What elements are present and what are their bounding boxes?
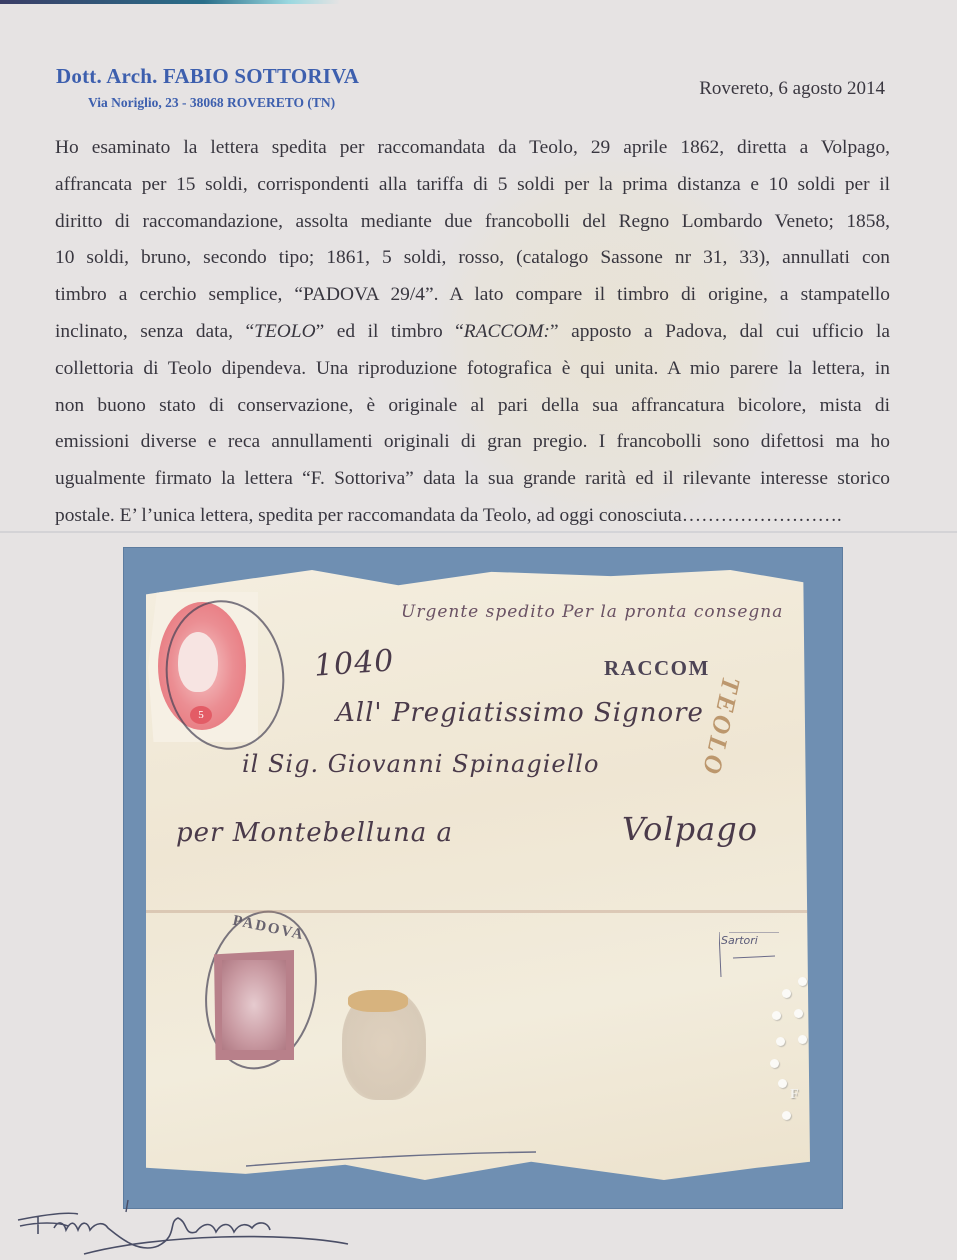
handwriting-destination: Volpago bbox=[622, 810, 758, 848]
wax-seal-remnant bbox=[342, 990, 426, 1100]
body-line: emissioni diverse e reca annullamenti or… bbox=[55, 424, 890, 461]
handwriting-addressee-1: All' Pregiatissimo Signore bbox=[336, 698, 704, 728]
body-line: non buono stato di conservazione, è orig… bbox=[55, 388, 890, 425]
raccom-postmark: RACCOM bbox=[604, 656, 710, 681]
handwriting-addressee-2: il Sig. Giovanni Spinagiello bbox=[242, 750, 599, 778]
letterhead-name: Dott. Arch. FABIO SOTTORIVA bbox=[56, 64, 359, 89]
body-line: affrancata per 15 soldi, corrispondenti … bbox=[55, 167, 890, 204]
scan-edge bbox=[0, 0, 340, 4]
handwriting-number: 1040 bbox=[313, 643, 396, 684]
letter-photograph: 5 Urgente spedito Per la pronta consegna… bbox=[124, 548, 842, 1208]
emboss-initial: F bbox=[790, 1087, 799, 1103]
paper-fold bbox=[0, 531, 957, 533]
body-line: Ho esaminato la lettera spedita per racc… bbox=[55, 130, 890, 167]
body-line: collettoria di Teolo dipendeva. Una ripr… bbox=[55, 351, 890, 388]
body-line: diritto di raccomandazione, assolta medi… bbox=[55, 204, 890, 241]
stamp-10-soldi bbox=[214, 950, 294, 1060]
body-line: postale. E’ l’unica lettera, spedita per… bbox=[55, 498, 890, 535]
embossed-expert-mark: F bbox=[768, 975, 828, 1145]
italic-term: TEOLO bbox=[254, 321, 315, 342]
dateline: Rovereto, 6 agosto 2014 bbox=[699, 78, 885, 100]
italic-term: RACCOM: bbox=[464, 321, 550, 342]
signature-stroke bbox=[246, 1150, 546, 1170]
signature bbox=[8, 1192, 428, 1260]
letter-sheet: 5 Urgente spedito Per la pronta consegna… bbox=[146, 570, 810, 1180]
body-line: inclinato, senza data, “TEOLO” ed il tim… bbox=[55, 314, 890, 351]
handwriting-top-note: Urgente spedito Per la pronta consegna bbox=[401, 602, 783, 622]
letterhead-address: Via Noriglio, 23 - 38068 ROVERETO (TN) bbox=[88, 95, 359, 111]
body-line: timbro a cerchio semplice, “PADOVA 29/4”… bbox=[55, 277, 890, 314]
stamp-10-design bbox=[222, 960, 286, 1050]
body-line: 10 soldi, bruno, secondo tipo; 1861, 5 s… bbox=[55, 240, 890, 277]
letterhead: Dott. Arch. FABIO SOTTORIVA Via Noriglio… bbox=[56, 64, 359, 111]
certificate-body: Ho esaminato la lettera spedita per racc… bbox=[55, 130, 890, 535]
body-line: ugualmente firmato la lettera “F. Sottor… bbox=[55, 461, 890, 498]
handwriting-route: per Montebelluna a bbox=[176, 818, 453, 848]
